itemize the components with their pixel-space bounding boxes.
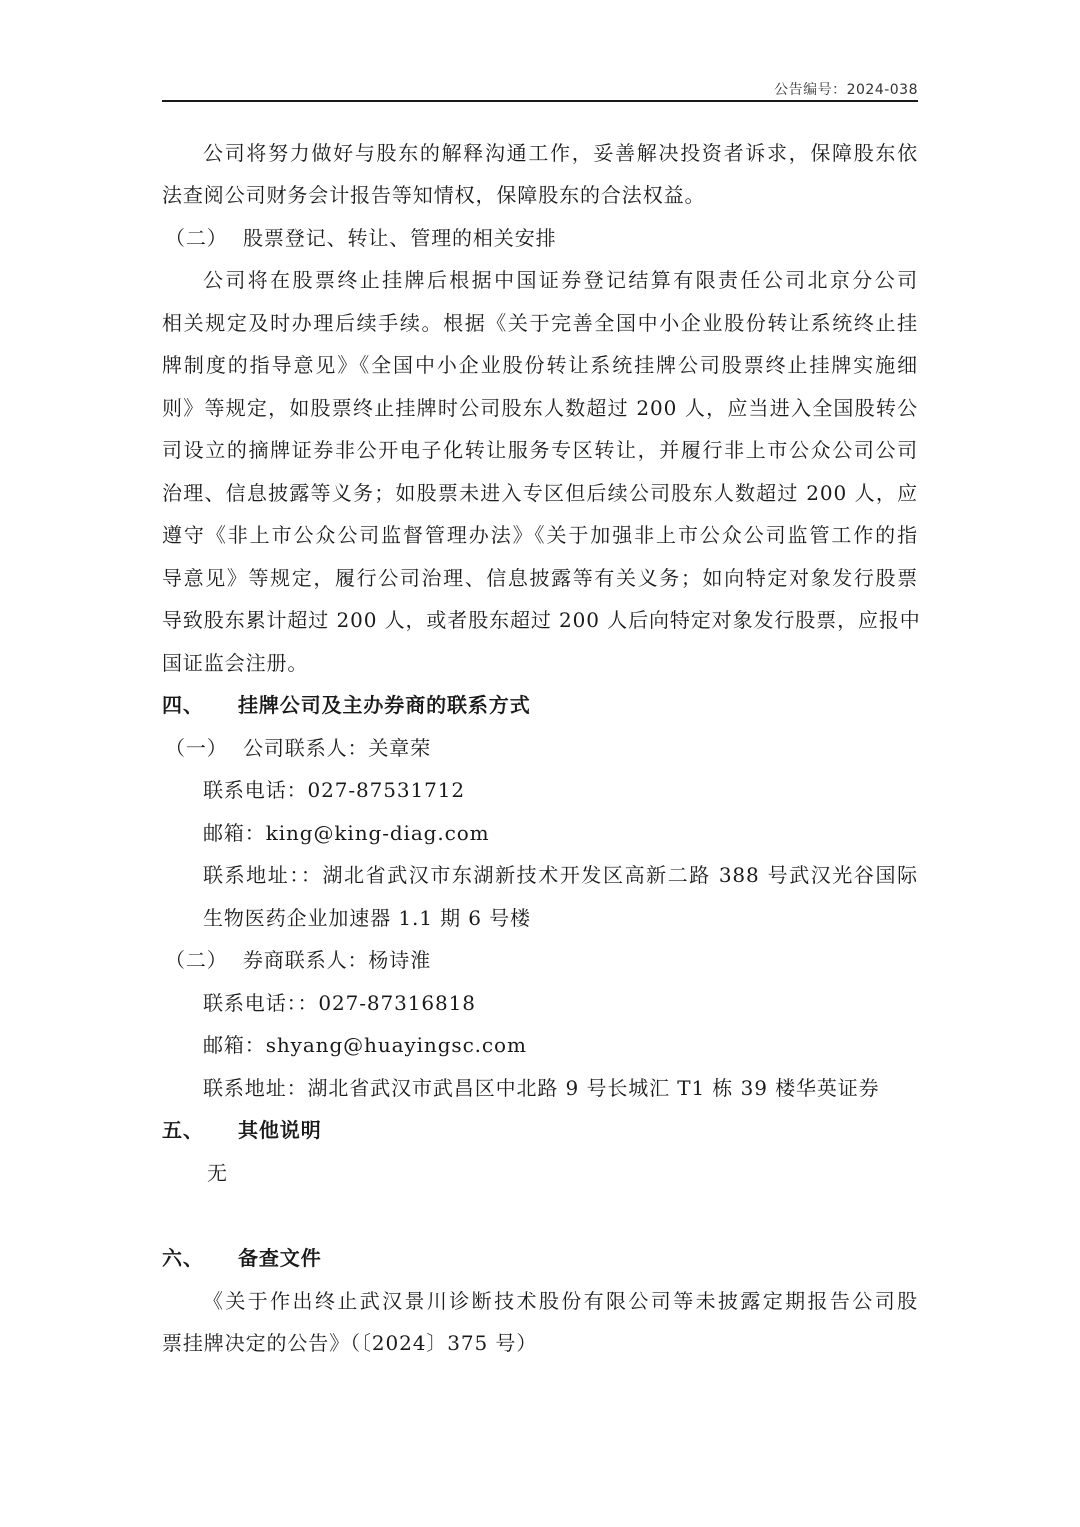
subsection-number: （二） <box>165 226 243 250</box>
header-rule <box>162 100 918 102</box>
paragraph-line: 公司将在股票终止挂牌后根据中国证券登记结算有限责任公司北京分公司 <box>203 268 918 292</box>
company-email: 邮箱：king@king-diag.com <box>203 821 918 845</box>
announcement-number: 公告编号：2024-038 <box>774 79 918 99</box>
section-number: 六、 <box>162 1246 238 1270</box>
section-title: 备查文件 <box>238 1246 322 1270</box>
paragraph-line: 导致股东累计超过 200 人，或者股东超过 200 人后向特定对象发行股票，应报… <box>162 608 918 632</box>
subsection-number: （一） <box>165 736 243 760</box>
paragraph-line: 公司将努力做好与股东的解释沟通工作，妥善解决投资者诉求，保障股东依 <box>203 141 918 165</box>
section-number: 五、 <box>162 1118 238 1142</box>
company-contact-person: 公司联系人：关章荣 <box>243 736 431 760</box>
paragraph-line: 法查阅公司财务会计报告等知情权，保障股东的合法权益。 <box>162 183 918 207</box>
subsection-heading: （二）股票登记、转让、管理的相关安排 <box>165 226 921 250</box>
broker-address: 联系地址：湖北省武汉市武昌区中北路 9 号长城汇 T1 栋 39 楼华英证券 <box>203 1076 918 1100</box>
reference-document-line: 《关于作出终止武汉景川诊断技术股份有限公司等未披露定期报告公司股 <box>203 1289 918 1313</box>
company-address-line: 生物医药企业加速器 1.1 期 6 号楼 <box>203 906 918 930</box>
paragraph-line: 导意见》等规定，履行公司治理、信息披露等有关义务；如向特定对象发行股票 <box>162 566 918 590</box>
subsection-number: （二） <box>165 948 243 972</box>
section-heading-5: 五、其他说明 <box>162 1118 918 1142</box>
section-heading-6: 六、备查文件 <box>162 1246 918 1270</box>
broker-contact-heading: （二）券商联系人：杨诗淮 <box>165 948 921 972</box>
broker-contact-person: 券商联系人：杨诗淮 <box>243 948 431 972</box>
paragraph-line: 则》等规定，如股票终止挂牌时公司股东人数超过 200 人，应当进入全国股转公 <box>162 396 918 420</box>
company-phone: 联系电话：027-87531712 <box>203 778 918 802</box>
section-5-body: 无 <box>207 1161 963 1185</box>
section-heading-4: 四、挂牌公司及主办券商的联系方式 <box>162 693 918 717</box>
paragraph-line: 相关规定及时办理后续手续。根据《关于完善全国中小企业股份转让系统终止挂 <box>162 311 918 335</box>
paragraph-line: 国证监会注册。 <box>162 651 918 675</box>
company-contact-heading: （一）公司联系人：关章荣 <box>165 736 921 760</box>
section-title: 挂牌公司及主办券商的联系方式 <box>238 693 531 717</box>
subsection-title: 股票登记、转让、管理的相关安排 <box>243 226 557 250</box>
section-title: 其他说明 <box>238 1118 322 1142</box>
paragraph-line: 司设立的摘牌证券非公开电子化转让服务专区转让，并履行非上市公众公司公司 <box>162 438 918 462</box>
broker-email: 邮箱：shyang@huayingsc.com <box>203 1033 918 1057</box>
company-address-line: 联系地址：：湖北省武汉市东湖新技术开发区高新二路 388 号武汉光谷国际 <box>203 863 918 887</box>
paragraph-line: 牌制度的指导意见》《全国中小企业股份转让系统挂牌公司股票终止挂牌实施细 <box>162 353 918 377</box>
reference-document-line: 票挂牌决定的公告》（〔2024〕375 号） <box>162 1331 918 1355</box>
paragraph-line: 遵守《非上市公众公司监督管理办法》《关于加强非上市公众公司监管工作的指 <box>162 523 918 547</box>
broker-phone: 联系电话：：027-87316818 <box>203 991 918 1015</box>
section-number: 四、 <box>162 693 238 717</box>
paragraph-line: 治理、信息披露等义务；如股票未进入专区但后续公司股东人数超过 200 人，应 <box>162 481 918 505</box>
